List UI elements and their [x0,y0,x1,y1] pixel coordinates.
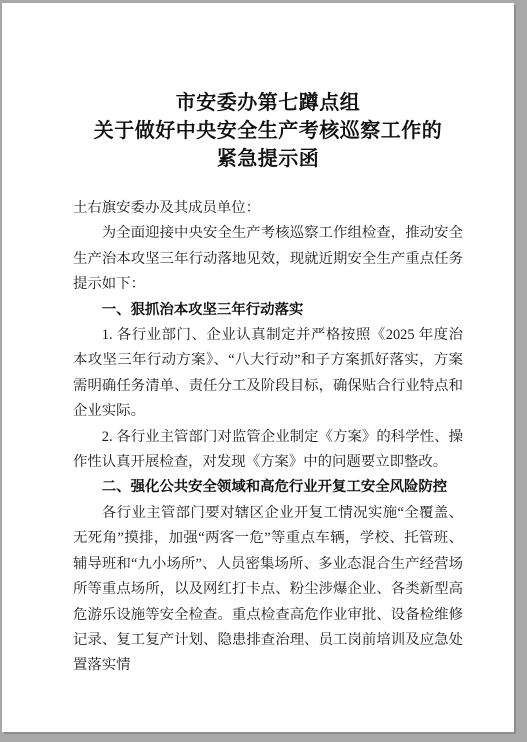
body-paragraph: 各行业主管部门要对辖区企业开复工情况实施“全覆盖、无死角”摸排，加强“两客一危”… [73,501,463,679]
document-page: 市安委办第七蹲点组 关于做好中央安全生产考核巡察工作的 紧急提示函 土右旗安委办… [2,3,514,732]
section-heading: 二、强化公共安全领域和高危行业开复工安全风险防控 [73,475,463,500]
body-paragraph: 2. 各行业主管部门对监管企业制定《方案》的科学性、操作性认真开展检查，对发现《… [73,425,463,476]
document-body: 土右旗安委办及其成员单位：为全面迎接中央安全生产考核巡察工作组检查，推动安全生产… [73,196,463,679]
scan-background: 市安委办第七蹲点组 关于做好中央安全生产考核巡察工作的 紧急提示函 土右旗安委办… [0,0,527,742]
body-paragraph: 为全面迎接中央安全生产考核巡察工作组检查，推动安全生产治本攻坚三年行动落地见效，… [73,221,463,297]
section-heading: 一、狠抓治本攻坚三年行动落实 [73,298,463,323]
document-title-line-1: 市安委办第七蹲点组 [73,89,463,117]
body-paragraph: 1. 各行业部门、企业认真制定并严格按照《2025 年度治本攻坚三年行动方案》、… [73,323,463,425]
document-title: 市安委办第七蹲点组 关于做好中央安全生产考核巡察工作的 紧急提示函 [73,89,463,173]
document-title-line-2: 关于做好中央安全生产考核巡察工作的 [73,117,463,145]
document-title-line-3: 紧急提示函 [73,145,463,173]
salutation-line: 土右旗安委办及其成员单位： [73,196,463,221]
